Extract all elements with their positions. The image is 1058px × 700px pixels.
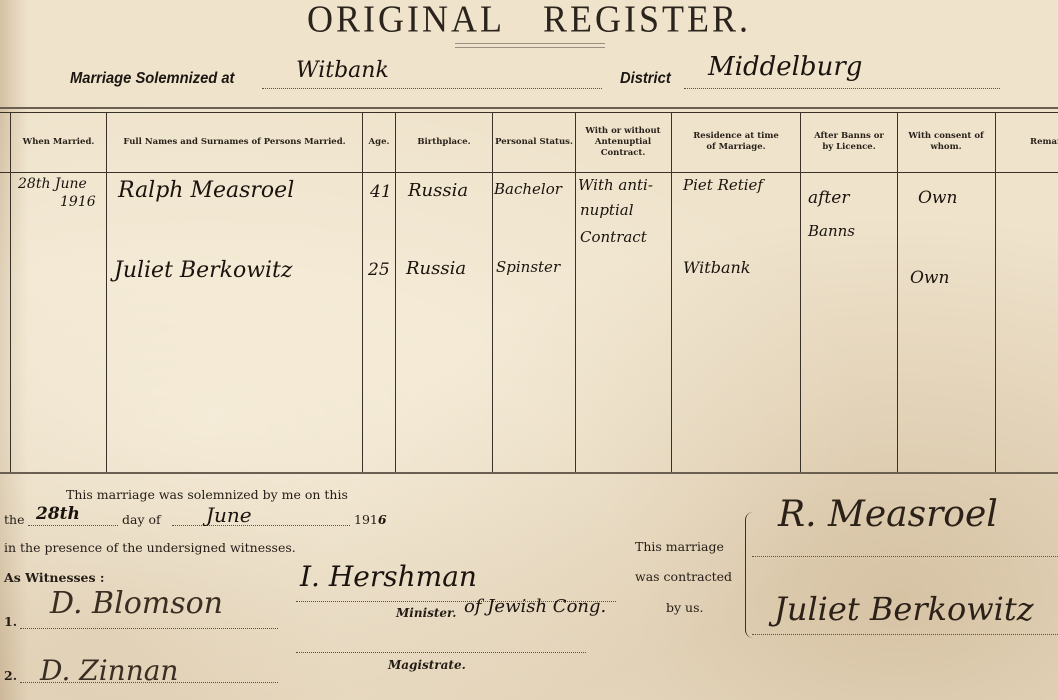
col-header-consent: With consent of whom. (905, 113, 987, 171)
col-divider (671, 112, 672, 472)
cell-contract-line1: With anti- (578, 176, 653, 194)
year-suffix: 6 (378, 512, 387, 527)
cell-bride-consent: Own (910, 268, 949, 288)
col-header-personal-status: Personal Status. (493, 113, 575, 171)
cell-bride-name: Juliet Berkowitz (114, 258, 293, 283)
page-title: ORIGINALREGISTER. (0, 0, 1058, 41)
header-bottom-rule (0, 172, 1058, 173)
district-line (684, 88, 1000, 89)
cell-groom-consent: Own (918, 188, 957, 208)
cell-bride-age: 25 (368, 260, 390, 280)
title-divider (455, 43, 605, 48)
bride-signature-line (752, 634, 1058, 635)
cell-banns-line2: Banns (808, 222, 855, 240)
district-value: Middelburg (708, 52, 862, 82)
bride-signature: Juliet Berkowitz (774, 590, 1034, 628)
col-header-banns-licence: After Banns or by Licence. (812, 113, 886, 171)
day-value: 28th (36, 504, 80, 524)
cell-remarks (1000, 180, 1058, 200)
the-label: the (4, 512, 24, 527)
col-divider (575, 112, 576, 472)
district-label: District (620, 70, 671, 88)
col-header-birthplace: Birthplace. (396, 113, 492, 171)
col-header-residence: Residence at time of Marriage. (690, 113, 782, 171)
contracted-line-2: was contracted (635, 569, 732, 584)
cell-groom-status: Bachelor (494, 180, 562, 198)
cell-banns-line1: after (808, 188, 849, 208)
table-top-rule (0, 107, 1058, 109)
witness-2-number: 2. (4, 668, 17, 683)
presence-statement: in the presence of the undersigned witne… (4, 540, 296, 555)
col-header-when-married: When Married. (11, 113, 106, 171)
cell-groom-birthplace: Russia (408, 180, 468, 201)
contracted-line-3: by us. (666, 600, 703, 615)
table-bottom-rule (0, 472, 1058, 474)
witness-1-signature: D. Blomson (50, 586, 223, 621)
magistrate-line (296, 652, 586, 653)
cell-bride-status: Spinster (496, 258, 560, 276)
cell-bride-residence: Witbank (683, 258, 751, 277)
magistrate-label: Magistrate. (388, 658, 466, 672)
cell-when-married-date: 28th June (18, 176, 87, 192)
cell-bride-birthplace: Russia (406, 258, 466, 279)
col-divider (897, 112, 898, 472)
year-label: 1916 (354, 512, 387, 527)
minister-label: Minister. (396, 606, 456, 620)
title-word-register: REGISTER. (543, 0, 751, 40)
day-line (28, 525, 118, 526)
cell-groom-name: Ralph Measroel (118, 178, 294, 203)
cell-groom-age: 41 (370, 182, 392, 202)
day-of-label: day of (122, 512, 161, 527)
col-header-age: Age. (363, 113, 395, 171)
title-word-original: ORIGINAL (307, 0, 505, 40)
month-value: June (206, 503, 252, 527)
col-divider (800, 112, 801, 472)
month-line (172, 525, 350, 526)
minister-suffix: of Jewish Cong. (464, 596, 606, 617)
witness-1-number: 1. (4, 614, 17, 629)
witnesses-label: As Witnesses : (4, 570, 105, 585)
year-prefix: 191 (354, 512, 378, 527)
cell-contract-line3: Contract (580, 228, 647, 246)
col-header-full-names: Full Names and Surnames of Persons Marri… (107, 113, 362, 171)
groom-signature-line (752, 556, 1058, 557)
col-header-remarks: Remarks (1030, 113, 1058, 171)
col-header-antenuptial-contract: With or without Antenuptial Contract. (580, 113, 666, 171)
solemnized-statement: This marriage was solemnized by me on th… (66, 487, 348, 502)
cell-contract-line2: nuptial (580, 201, 634, 219)
contracted-line-1: This marriage (635, 539, 724, 554)
groom-signature: R. Measroel (778, 494, 998, 535)
brace-bracket (745, 512, 756, 638)
solemnized-at-line (262, 88, 602, 89)
cell-when-married-year: 1916 (60, 194, 96, 210)
minister-signature: I. Hershman (300, 560, 477, 593)
col-divider (995, 112, 996, 472)
solemnized-at-label: Marriage Solemnized at (70, 70, 234, 88)
cell-groom-residence: Piet Retief (683, 176, 763, 194)
witness-1-line (20, 628, 278, 629)
witness-2-signature: D. Zinnan (40, 654, 178, 687)
solemnized-at-value: Witbank (296, 58, 389, 83)
